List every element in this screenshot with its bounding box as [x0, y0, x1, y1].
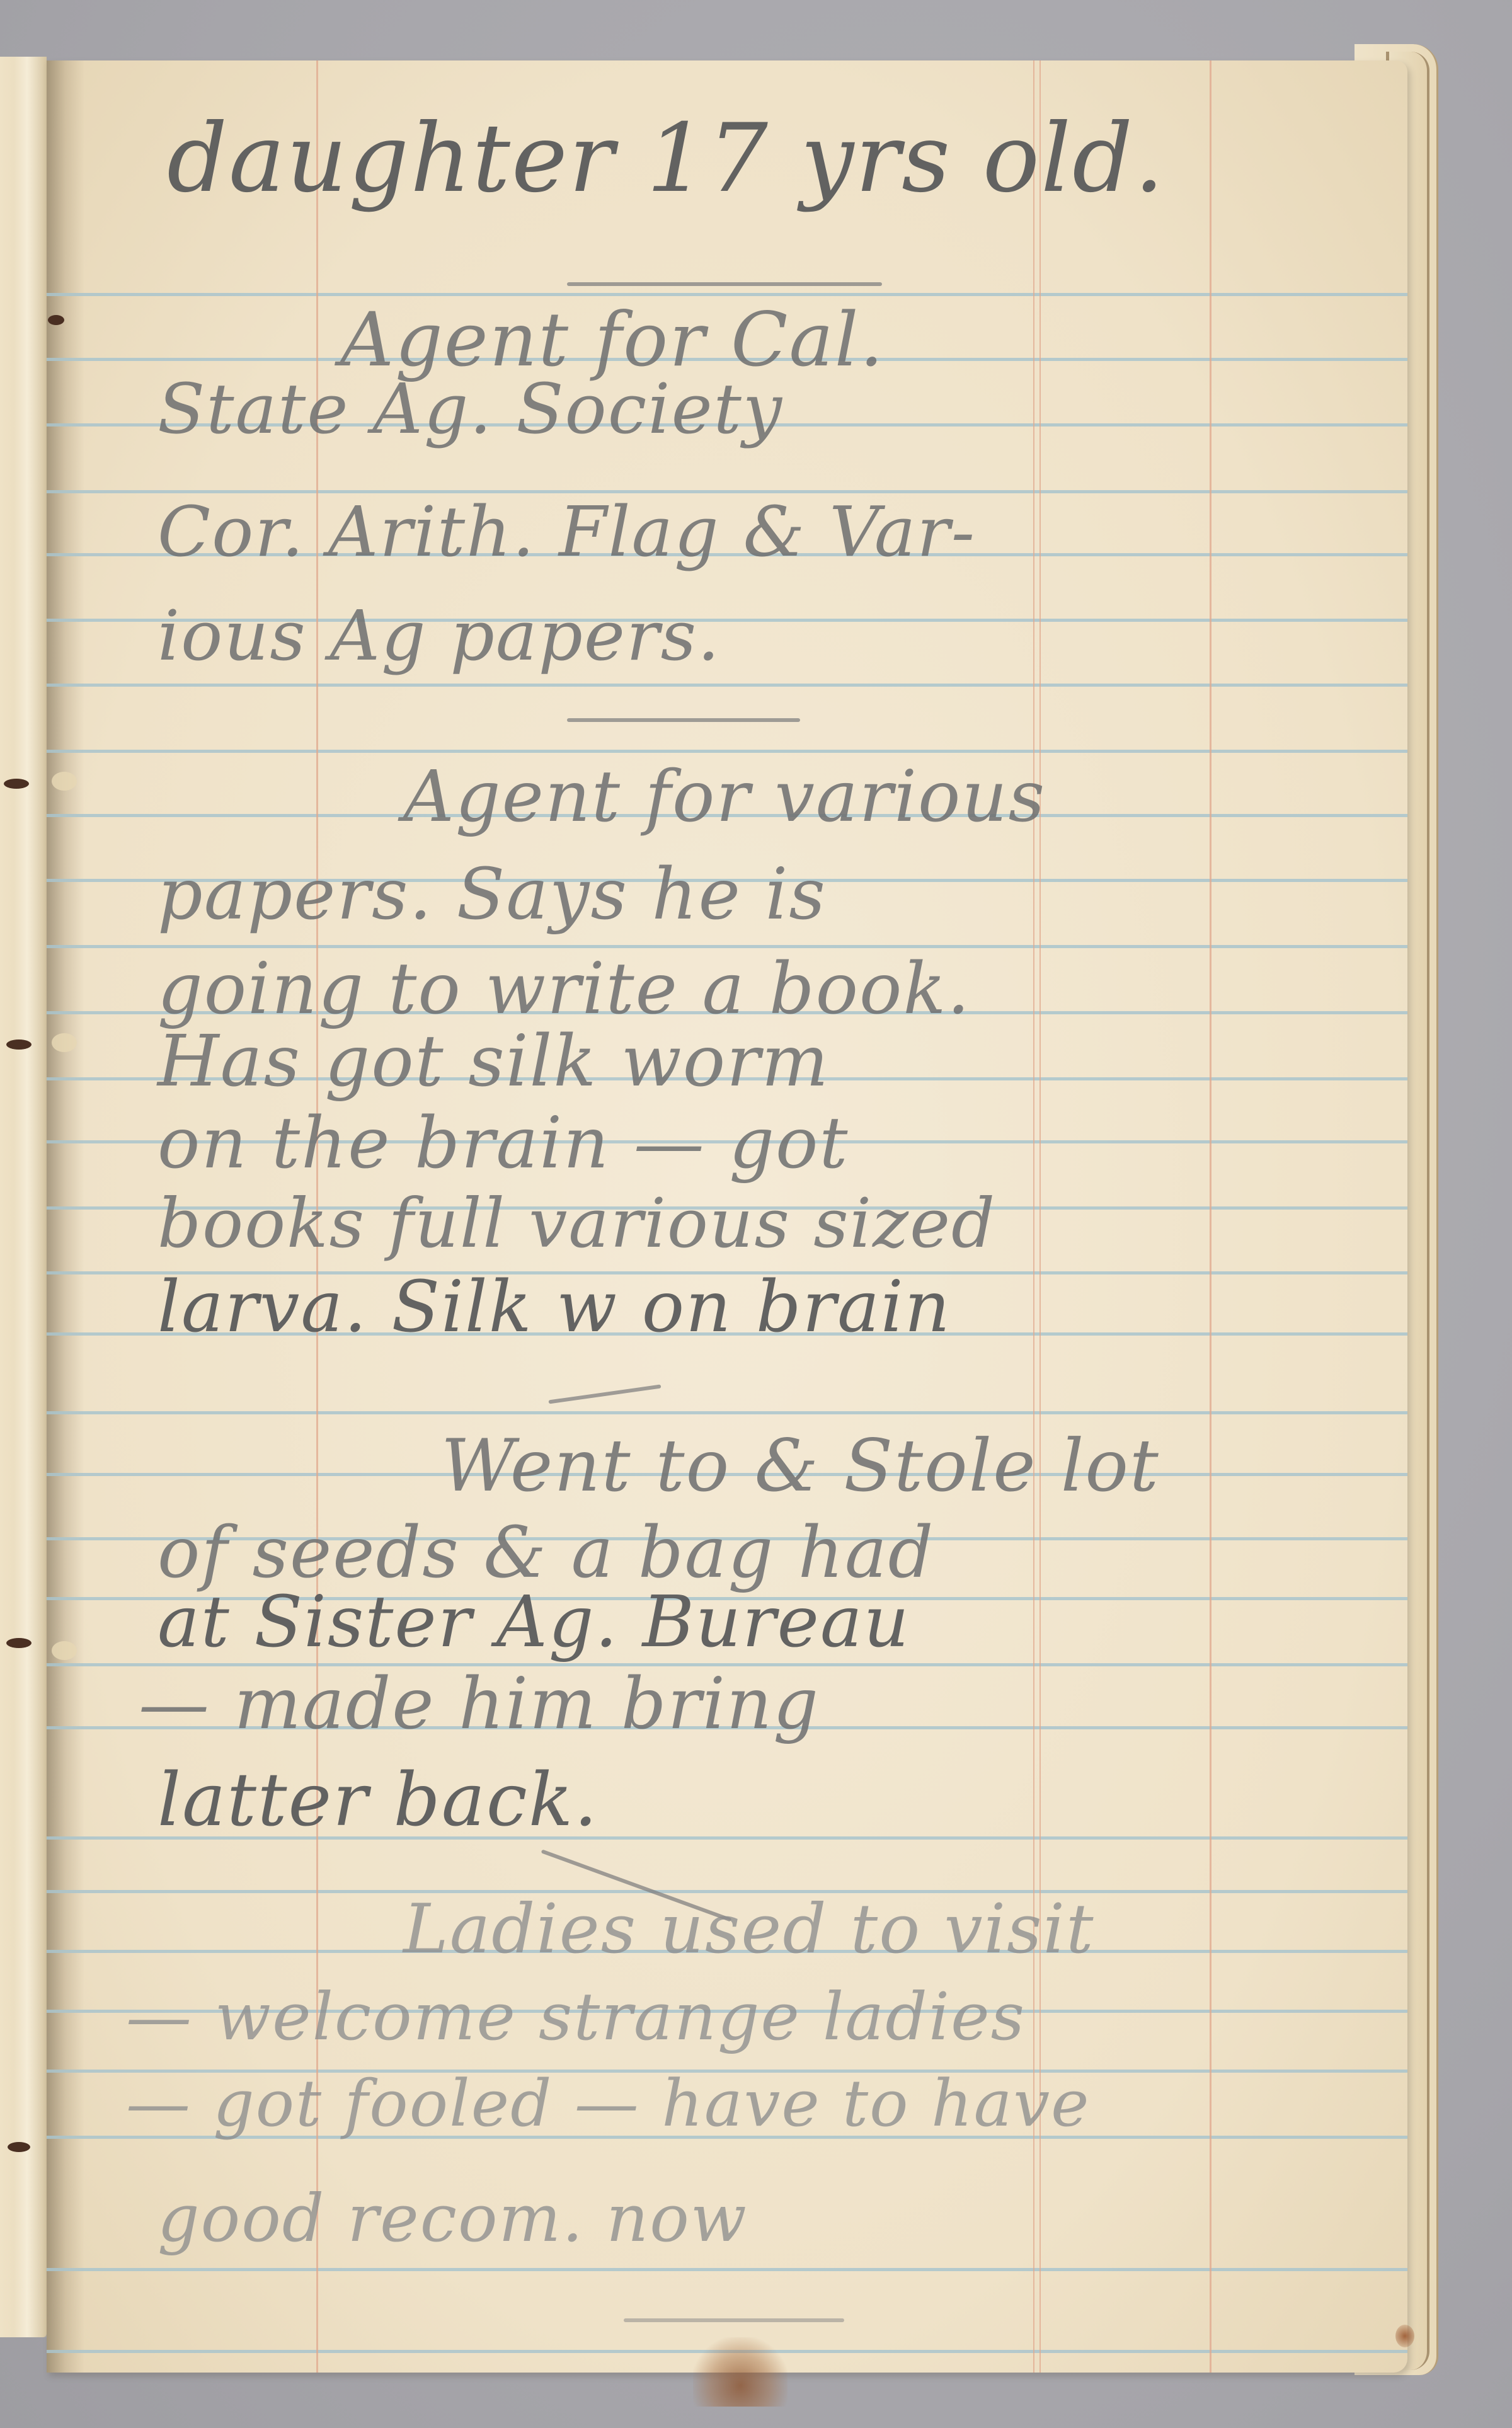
handwritten-line: latter back. [157, 1758, 598, 1843]
handwritten-line: on the brain — got [157, 1102, 849, 1184]
handwritten-line: — welcome strange ladies [126, 1978, 1026, 2055]
handwritten-line: papers. Says he is [157, 854, 827, 936]
sewing-hole [48, 315, 64, 325]
ruled-line [47, 1411, 1407, 1414]
handwritten-line: ious Ag papers. [157, 595, 721, 676]
handwritten-line: Went to & Stole lot [441, 1424, 1160, 1508]
handwritten-line: — made him bring [139, 1663, 820, 1745]
section-divider [567, 718, 800, 722]
handwritten-line: daughter 17 yrs old. [167, 104, 1165, 214]
sewing-thread [52, 1641, 77, 1660]
previous-page-fold [14, 57, 47, 2337]
stain-spot [1395, 2325, 1414, 2347]
handwritten-line: Has got silk worm [157, 1021, 830, 1102]
ruled-line [47, 684, 1407, 687]
section-divider [624, 2318, 844, 2322]
handwritten-line: books full various sized [157, 1184, 996, 1263]
sewing-hole [6, 1039, 31, 1050]
handwritten-line: State Ag. Society [157, 369, 783, 449]
ruled-line [47, 2268, 1407, 2271]
handwritten-line: Cor. Arith. Flag & Var- [157, 491, 976, 572]
margin-line-right-b [1039, 60, 1041, 2373]
sewing-hole [4, 779, 29, 789]
sewing-hole [6, 1638, 31, 1648]
ruled-line [47, 750, 1407, 753]
handwritten-line: going to write a book. [157, 948, 971, 1030]
sewing-hole [8, 2142, 30, 2152]
margin-line-right-a [1033, 60, 1034, 2373]
handwritten-line: — got fooled — have to have [126, 2066, 1090, 2141]
binding-gutter [47, 60, 84, 2373]
handwritten-line: Agent for various [403, 756, 1046, 838]
sewing-thread [52, 1033, 77, 1052]
margin-line-far-right [1210, 60, 1211, 2373]
handwritten-line: larva. Silk w on brain [157, 1266, 951, 1348]
handwritten-line: Ladies used to visit [403, 1890, 1094, 1969]
sewing-thread [52, 772, 77, 791]
section-divider [567, 282, 882, 286]
handwritten-line: good recom. now [157, 2180, 748, 2257]
ink-stain [693, 2337, 787, 2407]
handwritten-line: at Sister Ag. Bureau [157, 1581, 910, 1663]
